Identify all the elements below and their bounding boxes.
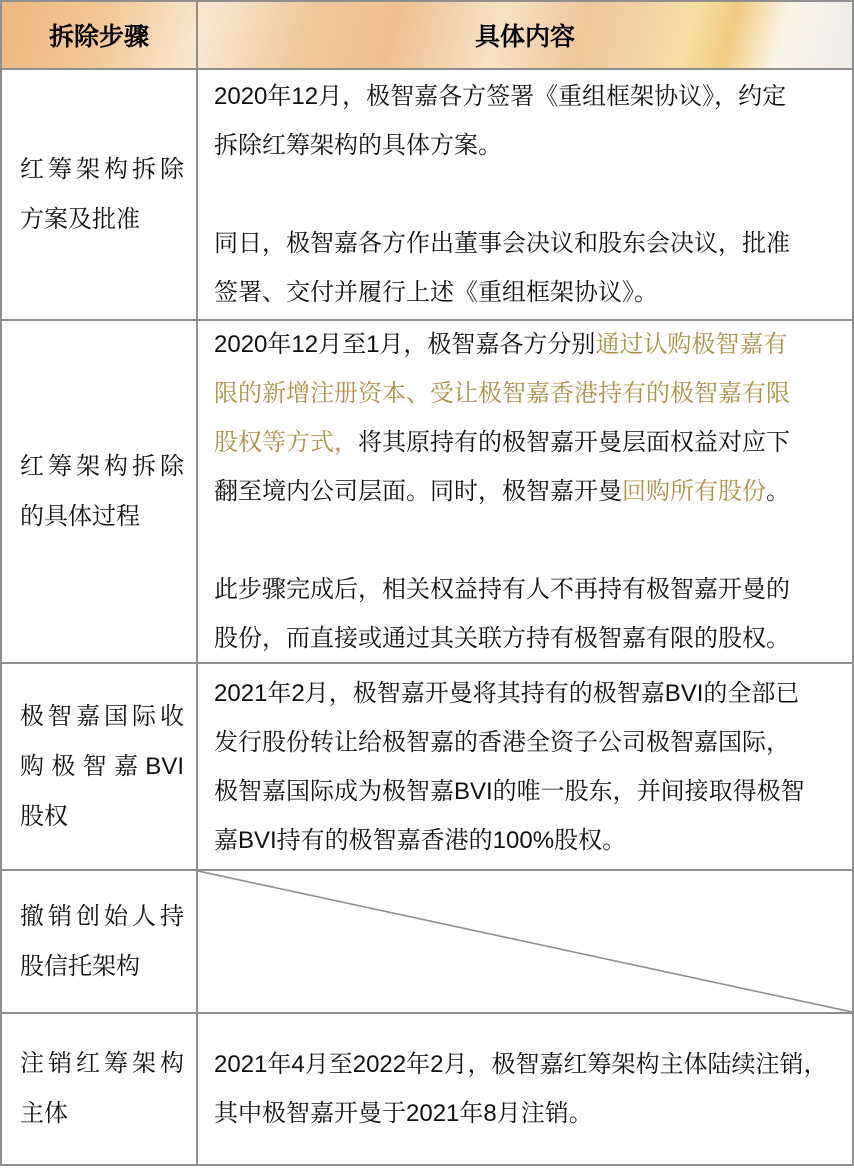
text-segment: 。 <box>766 478 790 505</box>
content-line: 此步骤完成后，相关权益持有人不再持有极智嘉开曼的 <box>214 565 842 614</box>
content-line: 其中极智嘉开曼于2021年8月注销。 <box>214 1089 842 1138</box>
text-segment: 签署、交付并履行上述《重组框架协议》。 <box>214 279 658 306</box>
content-line: 股权等方式，将其原持有的极智嘉开曼层面权益对应下 <box>214 418 842 467</box>
header-cell-step: 拆除步骤 <box>2 2 198 68</box>
step-line: 方案及批准 <box>20 195 184 245</box>
step-cell: 撤销创始人持股信托架构 <box>2 871 198 1012</box>
step-line: 股信托架构 <box>20 942 184 992</box>
text-segment: 拆除红筹架构的具体方案。 <box>214 132 502 159</box>
content-paragraph: 2020年12月，极智嘉各方签署《重组框架协议》，约定拆除红筹架构的具体方案。 <box>214 72 842 170</box>
step-cell: 红筹架构拆除方案及批准 <box>2 70 198 319</box>
content-line: 2020年12月，极智嘉各方签署《重组框架协议》，约定 <box>214 72 842 121</box>
step-cell: 红筹架构拆除的具体过程 <box>2 321 198 662</box>
text-segment: 2021年2月，极智嘉开曼将其持有的极智嘉BVI的全部已 <box>214 680 799 707</box>
table-row: 红筹架构拆除的具体过程 2020年12月至1月，极智嘉各方分别通过认购极智嘉有限… <box>2 321 852 664</box>
step-line: 红筹架构拆除 <box>20 442 184 492</box>
step-label: 红筹架构拆除方案及批准 <box>20 145 184 245</box>
content-line: 发行股份转让给极智嘉的香港全资子公司极智嘉国际， <box>214 718 842 767</box>
highlighted-text: 回购所有股份 <box>622 478 766 505</box>
step-cell: 注销红筹架构主体 <box>2 1014 198 1164</box>
content-paragraph: 同日，极智嘉各方作出董事会决议和股东会决议，批准签署、交付并履行上述《重组框架协… <box>214 219 842 317</box>
header-cell-content: 具体内容 <box>198 2 852 68</box>
content-line: 2021年4月至2022年2月，极智嘉红筹架构主体陆续注销， <box>214 1040 842 1089</box>
content-line: 同日，极智嘉各方作出董事会决议和股东会决议，批准 <box>214 219 842 268</box>
step-line: 极智嘉国际收 <box>20 692 184 742</box>
step-label: 撤销创始人持股信托架构 <box>20 892 184 992</box>
content-cell: 2021年4月至2022年2月，极智嘉红筹架构主体陆续注销，其中极智嘉开曼于20… <box>198 1014 852 1164</box>
content-line: 签署、交付并履行上述《重组框架协议》。 <box>214 268 842 317</box>
table-row: 极智嘉国际收购极智嘉BVI股权 2021年2月，极智嘉开曼将其持有的极智嘉BVI… <box>2 664 852 871</box>
step-line: 撤销创始人持 <box>20 892 184 942</box>
step-label: 红筹架构拆除的具体过程 <box>20 442 184 542</box>
content-line: 嘉BVI持有的极智嘉香港的100%股权。 <box>214 816 842 865</box>
step-line: 的具体过程 <box>20 492 184 542</box>
text-segment: 2020年12月，极智嘉各方签署《重组框架协议》，约定 <box>214 83 786 110</box>
text-segment: 发行股份转让给极智嘉的香港全资子公司极智嘉国际， <box>214 729 790 756</box>
content-line: 翻至境内公司层面。同时，极智嘉开曼回购所有股份。 <box>214 467 842 516</box>
text-segment: 股份，而直接或通过其关联方持有极智嘉有限的股权。 <box>214 625 790 652</box>
step-label: 极智嘉国际收购极智嘉BVI股权 <box>20 692 184 842</box>
text-segment: 极智嘉国际成为极智嘉BVI的唯一股东，并间接取得极智 <box>214 778 805 805</box>
table-header-row: 拆除步骤 具体内容 <box>2 2 852 70</box>
step-line: 购极智嘉BVI <box>20 742 184 792</box>
text-segment: 此步骤完成后，相关权益持有人不再持有极智嘉开曼的 <box>214 576 790 603</box>
text-segment: 将其原持有的极智嘉开曼层面权益对应下 <box>358 429 790 456</box>
content-cell <box>198 871 852 1012</box>
content-paragraph: 2020年12月至1月，极智嘉各方分别通过认购极智嘉有限的新增注册资本、受让极智… <box>214 321 842 516</box>
table-row: 红筹架构拆除方案及批准 2020年12月，极智嘉各方签署《重组框架协议》，约定拆… <box>2 70 852 321</box>
table-row: 撤销创始人持股信托架构 <box>2 871 852 1014</box>
step-line: 主体 <box>20 1089 184 1139</box>
content-line: 拆除红筹架构的具体方案。 <box>214 121 842 170</box>
content-cell: 2020年12月，极智嘉各方签署《重组框架协议》，约定拆除红筹架构的具体方案。同… <box>198 70 852 319</box>
highlighted-text: 限的新增注册资本、受让极智嘉香港持有的极智嘉有限 <box>214 380 790 407</box>
content-paragraph: 此步骤完成后，相关权益持有人不再持有极智嘉开曼的股份，而直接或通过其关联方持有极… <box>214 565 842 662</box>
content-line: 2021年2月，极智嘉开曼将其持有的极智嘉BVI的全部已 <box>214 669 842 718</box>
text-segment: 嘉BVI持有的极智嘉香港的100%股权。 <box>214 827 626 854</box>
text-segment: 2021年4月至2022年2月，极智嘉红筹架构主体陆续注销， <box>214 1051 827 1078</box>
text-segment: 其中极智嘉开曼于2021年8月注销。 <box>214 1100 593 1127</box>
highlighted-text: 股权等方式， <box>214 429 358 456</box>
highlighted-text: 通过认购极智嘉有 <box>595 331 787 358</box>
step-line: 红筹架构拆除 <box>20 145 184 195</box>
content-line: 2020年12月至1月，极智嘉各方分别通过认购极智嘉有 <box>214 321 842 369</box>
content-cell: 2021年2月，极智嘉开曼将其持有的极智嘉BVI的全部已发行股份转让给极智嘉的香… <box>198 664 852 869</box>
step-line: 注销红筹架构 <box>20 1039 184 1089</box>
content-paragraph: 2021年4月至2022年2月，极智嘉红筹架构主体陆续注销，其中极智嘉开曼于20… <box>214 1040 842 1138</box>
content-cell: 2020年12月至1月，极智嘉各方分别通过认购极智嘉有限的新增注册资本、受让极智… <box>198 321 852 662</box>
step-cell: 极智嘉国际收购极智嘉BVI股权 <box>2 664 198 869</box>
red-chip-dismantle-table: 拆除步骤 具体内容 红筹架构拆除方案及批准 2020年12月，极智嘉各方签署《重… <box>0 0 854 1166</box>
table-row: 注销红筹架构主体 2021年4月至2022年2月，极智嘉红筹架构主体陆续注销，其… <box>2 1014 852 1164</box>
text-segment: 同日，极智嘉各方作出董事会决议和股东会决议，批准 <box>214 230 790 257</box>
content-line: 股份，而直接或通过其关联方持有极智嘉有限的股权。 <box>214 614 842 662</box>
text-segment: 翻至境内公司层面。同时，极智嘉开曼 <box>214 478 622 505</box>
step-label: 注销红筹架构主体 <box>20 1039 184 1139</box>
diagonal-strikethrough <box>198 871 852 1012</box>
content-line: 极智嘉国际成为极智嘉BVI的唯一股东，并间接取得极智 <box>214 767 842 816</box>
text-segment: 2020年12月至1月，极智嘉各方分别 <box>214 331 595 358</box>
content-line: 限的新增注册资本、受让极智嘉香港持有的极智嘉有限 <box>214 369 842 418</box>
content-paragraph: 2021年2月，极智嘉开曼将其持有的极智嘉BVI的全部已发行股份转让给极智嘉的香… <box>214 669 842 865</box>
step-line: 股权 <box>20 792 184 842</box>
